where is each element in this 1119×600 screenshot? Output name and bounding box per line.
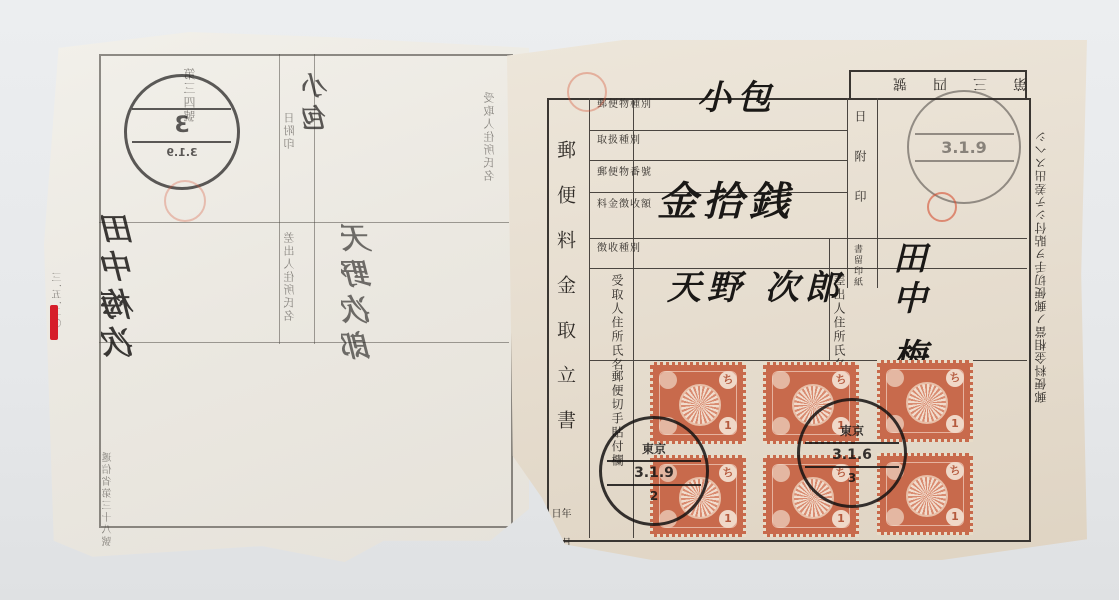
- left-sheet-reverse: 第三四號 日附印 差出人住所氏名 受取人住所氏名 三.五.二〇 遞信省第三十八號…: [44, 32, 529, 562]
- cancellation-postmark: 東京 3.1.6 3: [797, 398, 907, 508]
- label-date-stamp: 日附印: [854, 110, 866, 230]
- chrysanthemum-icon: [906, 475, 948, 517]
- cancellation-postmark: 東京 3.1.9 2: [599, 416, 709, 526]
- form-title: 郵便料金取立書: [555, 140, 574, 455]
- label-handling-type: 取扱種別: [597, 136, 641, 146]
- postmark-date: 3.1.9: [634, 465, 674, 481]
- right-sheet-front: 第三四號 郵便料金取立書 郵便物種別 取扱種別 郵便物番號 料金徴收額 徴收種別…: [507, 40, 1087, 560]
- handwriting-charge: 金拾銭: [657, 180, 795, 224]
- row-rule: [589, 160, 847, 161]
- title-column-rule: [589, 98, 590, 538]
- left-label-recipient: 受取人住所氏名: [484, 92, 495, 183]
- left-label-sender: 差出人住所氏名: [284, 232, 295, 323]
- left-handwriting-2: 田中梅次: [104, 212, 139, 364]
- left-bottom-note: 遞信省第三十八號: [104, 452, 114, 548]
- label-mail-type: 郵便物種別: [597, 100, 652, 110]
- label-collection-type: 徴收種別: [597, 244, 641, 254]
- left-postmark-num: 3: [174, 113, 189, 138]
- row-rule: [589, 130, 847, 131]
- red-seal-corner: [567, 72, 607, 112]
- handwriting-recipient: 天野 次郎: [667, 270, 845, 307]
- stamp-area-rule: [847, 98, 848, 288]
- postmark-office: 東京: [840, 422, 864, 439]
- left-divider: [99, 222, 509, 223]
- handwriting-mail-type: 小包: [697, 80, 777, 117]
- left-divider: [99, 342, 509, 343]
- left-postmark-date: 3.1.9: [166, 146, 197, 159]
- left-divider: [279, 54, 280, 344]
- red-seal-small: [927, 192, 957, 222]
- postmark-line2: 2: [650, 489, 658, 503]
- left-label-date: 日附印: [284, 112, 295, 151]
- faint-postmark-date: 3.1.9: [941, 138, 987, 157]
- postmark-line2: 3: [848, 471, 856, 485]
- form-number: 第三四號: [867, 74, 1027, 94]
- postmark-office: 東京: [642, 440, 666, 457]
- stamp-area-rule: [877, 98, 878, 288]
- row-rule: [589, 238, 1027, 239]
- chrysanthemum-icon: [906, 382, 948, 424]
- date-postmark-faint: 3.1.9: [907, 90, 1021, 204]
- right-margin-note: 郵便料金相當ノ郵便切手ヲ貼付シテ差出スヘシ: [1035, 130, 1047, 403]
- left-handwriting-1: 小包: [304, 72, 333, 136]
- postmark-date: 3.1.6: [832, 447, 872, 463]
- label-registered: 書留印紙: [852, 244, 861, 288]
- label-charge-amount: 料金徴收額: [597, 200, 652, 210]
- red-tab-marker: [50, 305, 58, 340]
- left-red-seal: [164, 180, 206, 222]
- label-recipient: 受取人住所氏名: [611, 274, 623, 372]
- label-mail-number: 郵便物番號: [597, 168, 652, 178]
- left-postmark: 3 3.1.9: [124, 74, 240, 190]
- left-handwriting-3: 天野次郎: [344, 222, 377, 366]
- chrysanthemum-icon: [679, 384, 721, 426]
- bottom-date-note: 年 月 日: [549, 508, 569, 560]
